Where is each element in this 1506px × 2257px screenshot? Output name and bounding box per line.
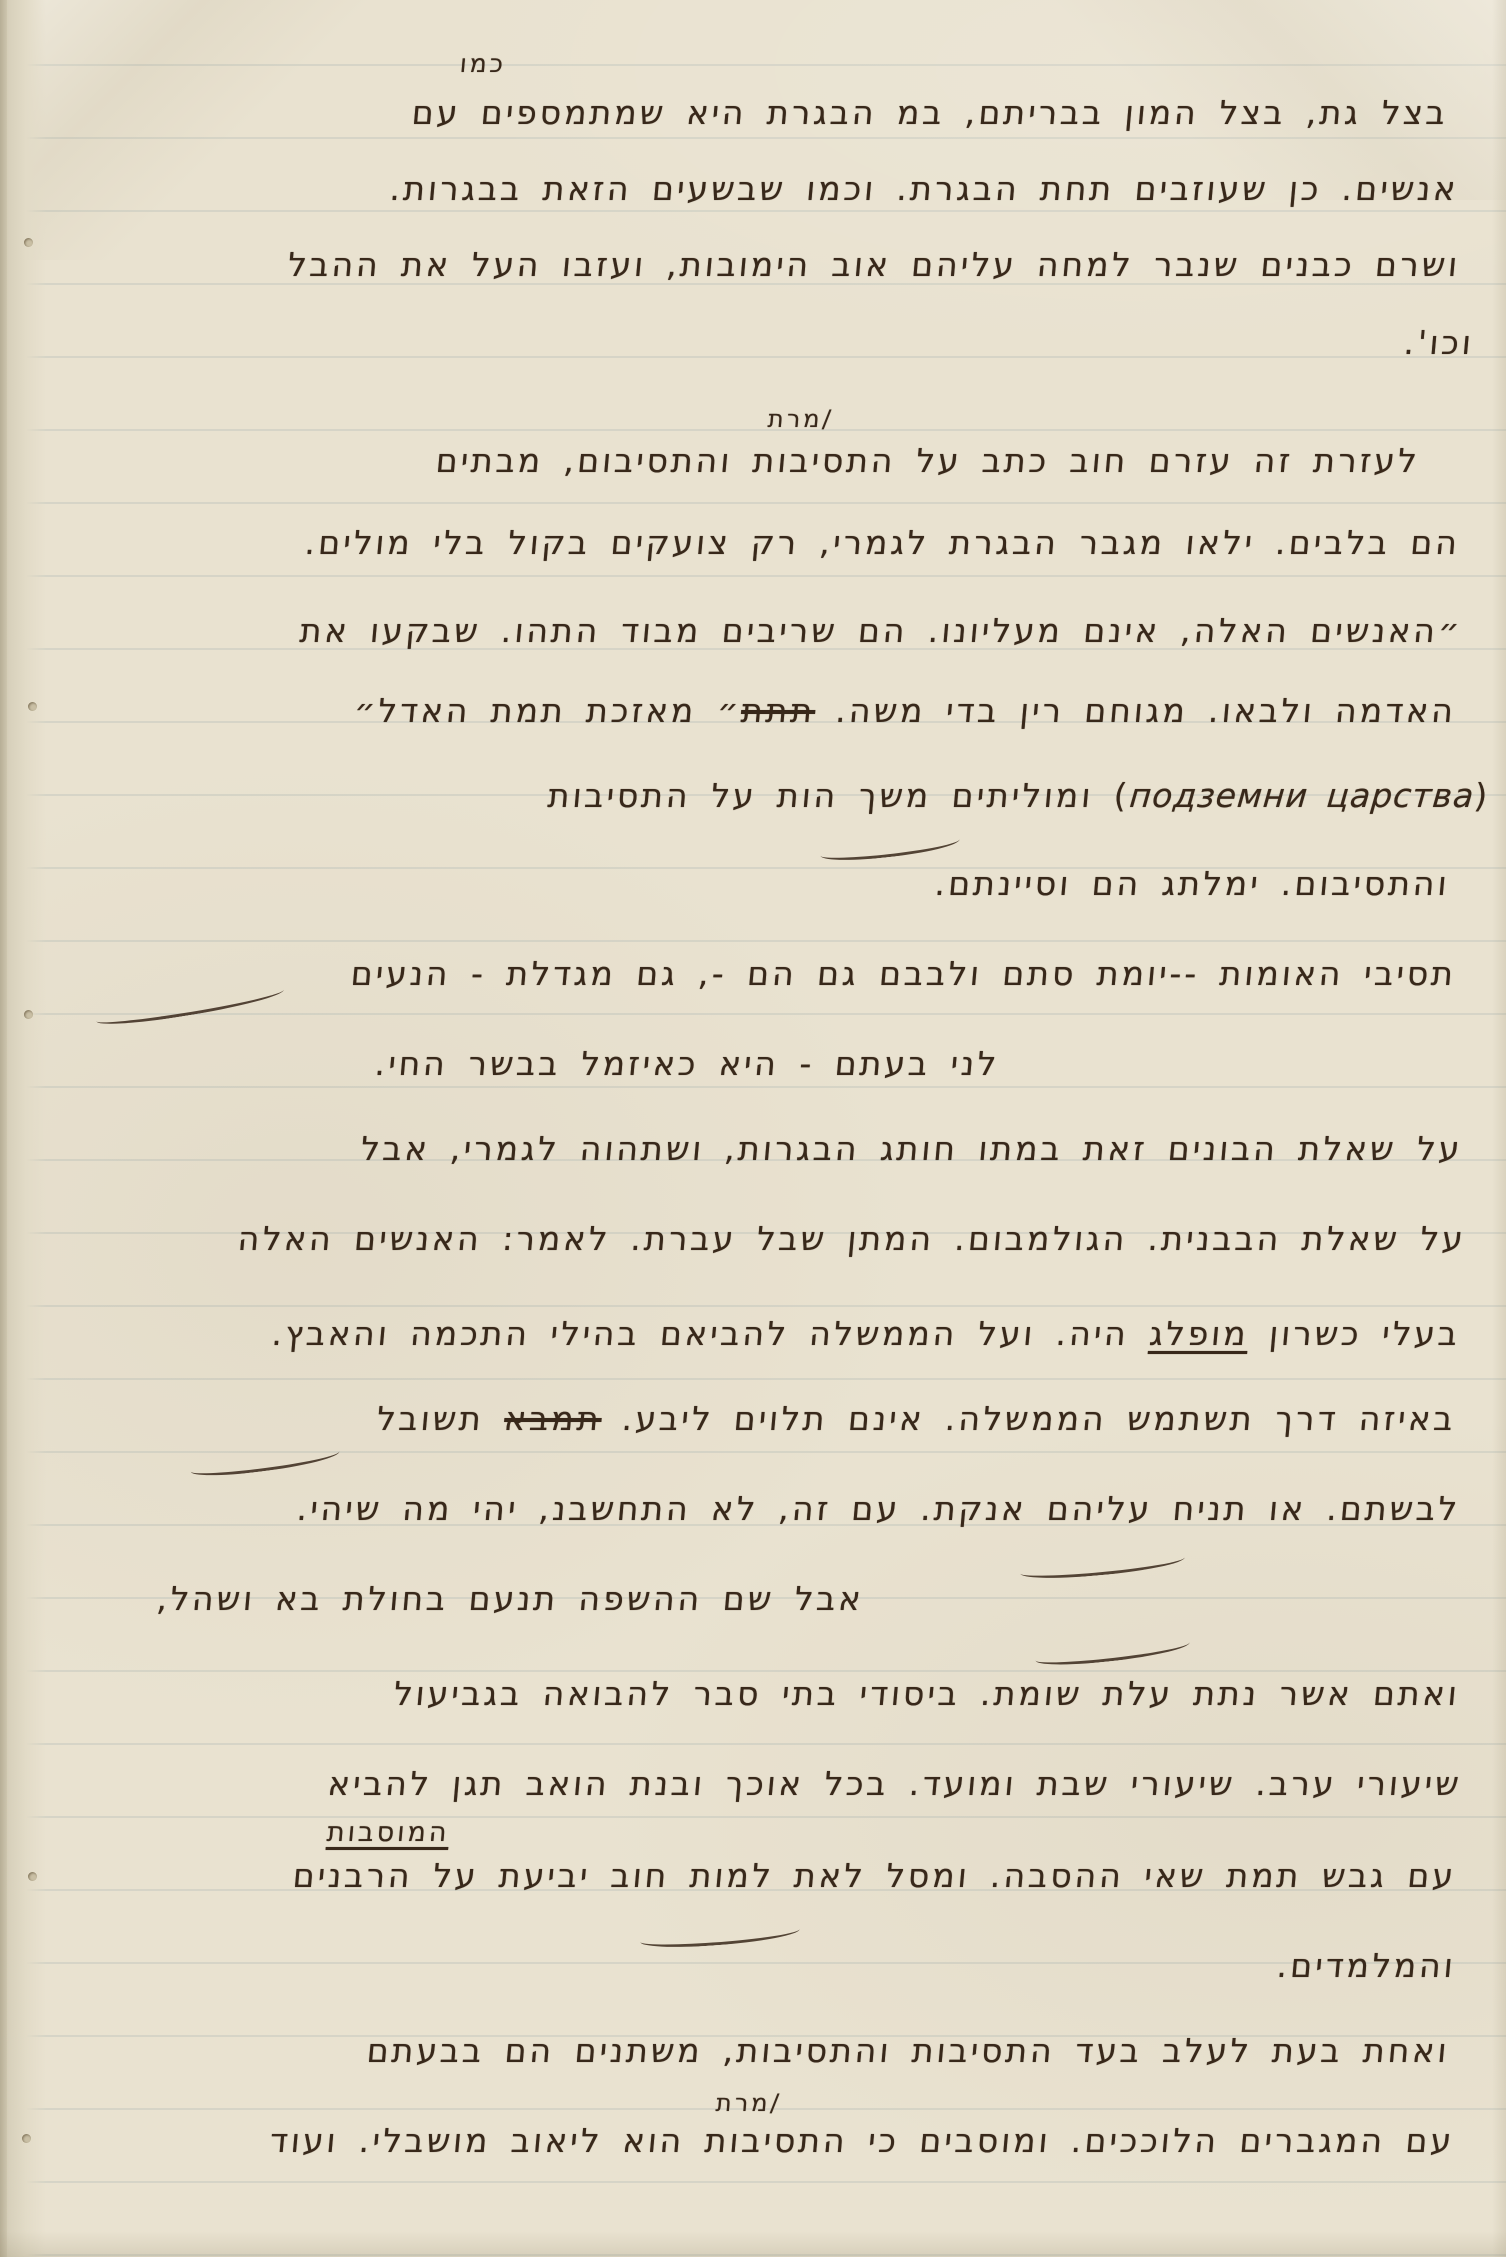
line-17: לבשתם. או תניח עליהם אנקת. עם זה, לא התח… — [295, 1488, 1462, 1529]
segment-text: אנשים. כן שעוזבים תחת הבגרת. וכמו שבשעים… — [388, 169, 1460, 208]
segment-text: ) ומוליתים משך הות על התסיבות — [546, 776, 1131, 815]
segment-latin: подземни царства — [1128, 776, 1476, 815]
segment-text: לעזרת זה עזרם חוב כתב על התסיבות והתסיבו… — [435, 441, 1422, 480]
line-22: והמלמדים. — [1275, 1945, 1458, 1986]
segment-text: תשובל — [376, 1399, 507, 1438]
segment-text: ושרם כבנים שנבר למחה עליהם אוב הימובות, … — [286, 245, 1462, 284]
segment-text: ״ מאזכת תמת האדל״ — [352, 691, 743, 730]
line-06: הם בלבים. ילאו מגבר הבגרת לגמרי, רק צועק… — [303, 522, 1462, 563]
line-11: תסיבי האומות --יומת סתם ולבבם גם הם -, ג… — [349, 953, 1458, 994]
line-23: ואחת בעת לעלב בעד התסיבות והתסיבות, משתנ… — [366, 2030, 1452, 2071]
segment-text: היה. ועל הממשלה להביאם בהילי התכמה והאבץ… — [270, 1314, 1151, 1353]
segment-text: ״האנשים האלה, אינם מעליונו. הם שריבים מב… — [298, 611, 1464, 650]
line-04: וכו'. — [1402, 322, 1476, 363]
segment-text: ואחת בעת לעלב בעד התסיבות והתסיבות, משתנ… — [366, 2031, 1452, 2070]
ink-flourish-3 — [1019, 1549, 1185, 1582]
ink-flourish-1 — [95, 981, 286, 1029]
line-18: אבל שם ההשפה תנעם בחולת בא ושהל, — [156, 1578, 866, 1619]
segment-text: עם גבש תמת שאי ההסבה. ומסל לאת למות חוב … — [291, 1856, 1458, 1895]
ink-flourish-5 — [640, 1920, 801, 1950]
segment-strike: תמבא — [503, 1399, 604, 1438]
segment-text: שיעורי ערב. שיעורי שבת ומועד. בכל אוכך ו… — [327, 1764, 1464, 1803]
segment-text: בעלי כשרון — [1247, 1314, 1462, 1353]
segment-text: הם בלבים. ילאו מגבר הבגרת לגמרי, רק צועק… — [303, 523, 1462, 562]
segment-text: ∕מרת — [767, 405, 835, 433]
insert-caret-2: ∕מרת — [715, 2088, 783, 2118]
line-19: ואתם אשר נתת עלת שומת. ביסודי בתי סבר לה… — [392, 1673, 1461, 1714]
paper-crease-top-left — [0, 0, 420, 260]
insert-caret-1: ∕מרת — [767, 404, 835, 434]
insert-word-top: כמו — [459, 48, 508, 79]
line-08: האדמה ולבאו. מגוחם רין בדי משה. תתת״ מאז… — [352, 690, 1458, 731]
segment-underline: המוסבות — [326, 1817, 451, 1848]
segment-text: בצל גת, בצל המון בבריתם, במ הבגרת היא שמ… — [410, 93, 1449, 132]
paper-pinhole-3 — [24, 1010, 33, 1019]
line-13: על שאלת הבונים זאת במתו חותג הבגרות, ושת… — [359, 1128, 1464, 1169]
segment-text: ∕מרת — [715, 2089, 783, 2117]
line-03: ושרם כבנים שנבר למחה עליהם אוב הימובות, … — [286, 244, 1462, 285]
paper-edge-bottom — [0, 2231, 1506, 2257]
segment-text: ( — [1472, 776, 1491, 815]
segment-text: עם המגברים הלוככים. ומוסבים כי התסיבות ה… — [268, 2121, 1456, 2160]
paper-edge-right — [1492, 0, 1506, 2257]
paper-pinhole-2 — [28, 702, 37, 711]
segment-text: אבל שם ההשפה תנעם בחולת בא ושהל, — [156, 1579, 866, 1618]
line-16: באיזה דרך תשתמש הממשלה. אינם תלוים ליבע.… — [376, 1398, 1458, 1439]
segment-text: ואתם אשר נתת עלת שומת. ביסודי בתי סבר לה… — [392, 1674, 1461, 1713]
paper-pinhole-4 — [28, 1872, 37, 1881]
line-24: עם המגברים הלוככים. ומוסבים כי התסיבות ה… — [268, 2120, 1456, 2161]
segment-text: והמלמדים. — [1275, 1946, 1457, 1985]
insert-underlined: המוסבות — [326, 1816, 452, 1850]
line-12: לני בעתם - היא כאיזמל בבשר החי. — [373, 1043, 1001, 1084]
line-01: בצל גת, בצל המון בבריתם, במ הבגרת היא שמ… — [410, 92, 1450, 133]
segment-strike: תתת — [740, 691, 817, 730]
paper-pinhole-1 — [24, 238, 33, 247]
paper-edge-left-sliver — [0, 0, 7, 2257]
segment-text: וכו'. — [1402, 323, 1475, 362]
line-14: על שאלת הבבנית. הגולמבום. המתן שבל עברת.… — [236, 1218, 1467, 1259]
line-09: (подземни царства) ומוליתים משך הות על ה… — [546, 775, 1492, 816]
line-15: בעלי כשרון מופלג היה. ועל הממשלה להביאם … — [270, 1313, 1462, 1354]
segment-text: לבשתם. או תניח עליהם אנקת. עם זה, לא התח… — [295, 1489, 1461, 1528]
segment-text: כמו — [459, 49, 508, 78]
segment-text: לני בעתם - היא כאיזמל בבשר החי. — [373, 1044, 1001, 1083]
line-21: עם גבש תמת שאי ההסבה. ומסל לאת למות חוב … — [291, 1855, 1458, 1896]
line-10: והתסיבום. ימלתג הם וסיינתם. — [933, 863, 1451, 904]
segment-text: על שאלת הבבנית. הגולמבום. המתן שבל עברת.… — [237, 1219, 1468, 1258]
ink-flourish-6 — [819, 831, 960, 865]
line-05: לעזרת זה עזרם חוב כתב על התסיבות והתסיבו… — [435, 440, 1422, 481]
line-02: אנשים. כן שעוזבים תחת הבגרת. וכמו שבשעים… — [388, 168, 1460, 209]
line-20: שיעורי ערב. שיעורי שבת ומועד. בכל אוכך ו… — [327, 1763, 1464, 1804]
manuscript-page: כמובצל גת, בצל המון בבריתם, במ הבגרת היא… — [0, 0, 1506, 2257]
line-07: ״האנשים האלה, אינם מעליונו. הם שריבים מב… — [298, 610, 1464, 651]
ink-flourish-4 — [1034, 1634, 1190, 1669]
ink-flourish-2 — [189, 1443, 340, 1480]
segment-text: באיזה דרך תשתמש הממשלה. אינם תלוים ליבע. — [600, 1399, 1457, 1438]
segment-text: תסיבי האומות --יומת סתם ולבבם גם הם -, ג… — [349, 954, 1457, 993]
paper-pinhole-5 — [22, 2134, 31, 2143]
segment-text: והתסיבום. ימלתג הם וסיינתם. — [934, 864, 1452, 903]
segment-underline: מופלג — [1148, 1314, 1251, 1353]
segment-text: האדמה ולבאו. מגוחם רין בדי משה. — [814, 691, 1458, 730]
segment-text: על שאלת הבונים זאת במתו חותג הבגרות, ושת… — [359, 1129, 1464, 1168]
